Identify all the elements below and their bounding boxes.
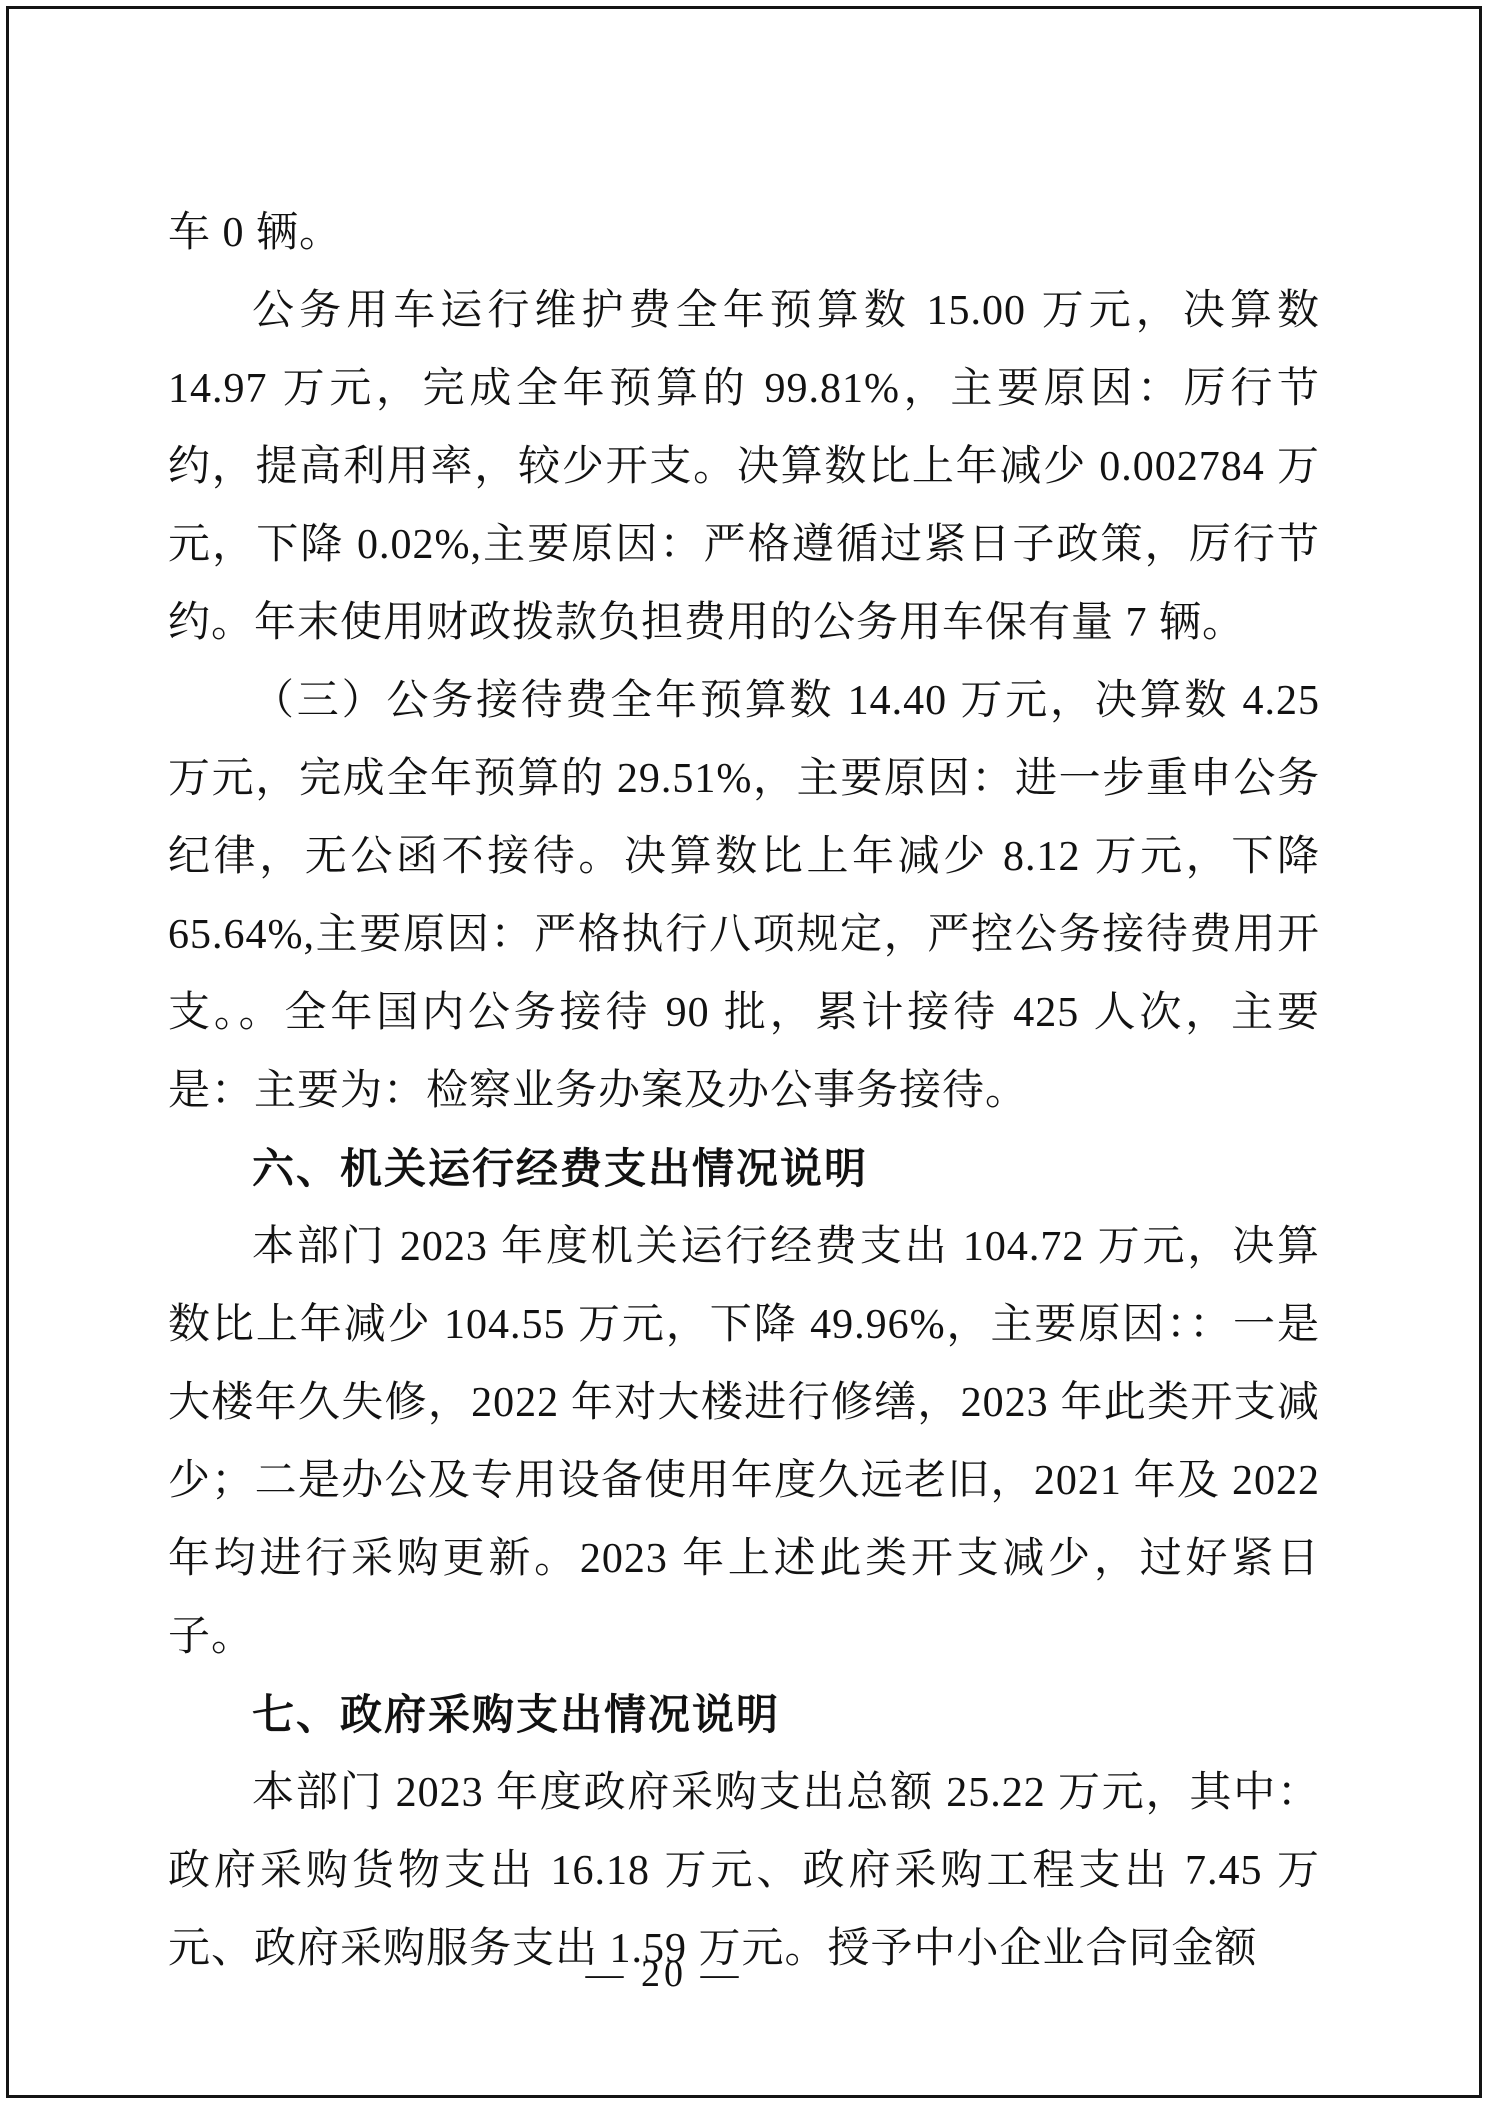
body-paragraph-continuation: 车 0 辆。	[168, 194, 1320, 272]
section-heading-operating-funds: 六、机关运行经费支出情况说明	[168, 1130, 1320, 1208]
body-paragraph-operating-funds: 本部门 2023 年度机关运行经费支出 104.72 万元，决算数比上年减少 1…	[168, 1208, 1320, 1676]
document-body: 车 0 辆。 公务用车运行维护费全年预算数 15.00 万元，决算数 14.97…	[168, 194, 1320, 1988]
section-heading-government-procurement: 七、政府采购支出情况说明	[168, 1676, 1320, 1754]
body-paragraph-vehicle-maintenance: 公务用车运行维护费全年预算数 15.00 万元，决算数 14.97 万元，完成全…	[168, 272, 1320, 662]
body-paragraph-official-reception: （三）公务接待费全年预算数 14.40 万元，决算数 4.25 万元，完成全年预…	[168, 662, 1320, 1130]
document-page: 车 0 辆。 公务用车运行维护费全年预算数 15.00 万元，决算数 14.97…	[0, 0, 1488, 2104]
page-number: — 20 —	[4, 1950, 1324, 1998]
